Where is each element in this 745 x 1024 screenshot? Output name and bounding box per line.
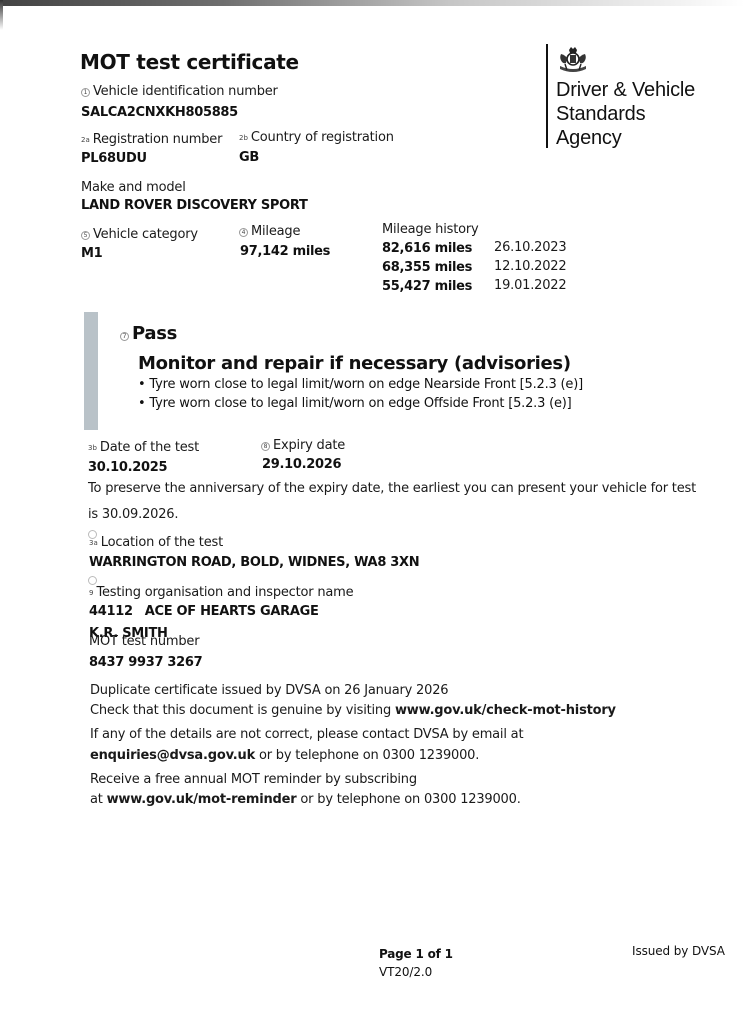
category-label: 5Vehicle category [81, 227, 198, 242]
vin-label-text: Vehicle identification number [93, 84, 278, 99]
scan-edge-corner [0, 0, 3, 30]
country-label-text: Country of registration [251, 130, 394, 145]
registration-label: 2aRegistration number [81, 132, 222, 147]
mot-reminder-link[interactable]: www.gov.uk/mot-reminder [107, 792, 297, 807]
mileage-history-date-1: 26.10.2023 [494, 240, 566, 255]
expiry-date-value: 29.10.2026 [262, 457, 341, 472]
tester-garage: 44112ACE OF HEARTS GARAGE [89, 604, 319, 619]
location-label-text: Location of the test [101, 535, 223, 550]
test-number-label: MOT test number [89, 634, 199, 649]
contact-email-link[interactable]: enquiries@dvsa.gov.uk [90, 748, 255, 763]
category-value: M1 [81, 246, 102, 261]
field-number-icon: 2b [239, 135, 248, 144]
test-date-label: 3bDate of the test [88, 440, 199, 455]
form-code: VT20/2.0 [379, 965, 432, 979]
mileage-label: 4Mileage [239, 224, 300, 239]
test-date-value: 30.10.2025 [88, 460, 167, 475]
registration-label-text: Registration number [93, 132, 222, 147]
logo-divider [546, 44, 548, 148]
duplicate-notice: Duplicate certificate issued by DVSA on … [90, 680, 448, 701]
test-date-label-text: Date of the test [100, 440, 199, 455]
royal-crest-icon [555, 44, 591, 76]
advisory-item-1: • Tyre worn close to legal limit/worn on… [138, 377, 583, 392]
advisory-item-2: • Tyre worn close to legal limit/worn on… [138, 396, 572, 411]
reminder-notice-line-2: at www.gov.uk/mot-reminder or by telepho… [90, 789, 521, 810]
field-number-icon: 5 [81, 231, 90, 240]
country-value: GB [239, 150, 259, 165]
mileage-history-miles-3: 55,427 miles [382, 279, 472, 294]
field-number-icon: 8 [261, 442, 270, 451]
scan-edge-shadow [0, 0, 745, 6]
reminder-phone-text: or by telephone on 0300 1239000. [297, 792, 521, 807]
expiry-date-label: 8Expiry date [261, 438, 345, 453]
vin-value: SALCA2CNXKH805885 [81, 105, 238, 120]
mileage-history-miles-1: 82,616 miles [382, 241, 472, 256]
result-status: 7Pass [120, 323, 177, 344]
advisories-heading: Monitor and repair if necessary (advisor… [138, 353, 571, 374]
certificate-title: MOT test certificate [80, 50, 299, 74]
reminder-notice-line-1: Receive a free annual MOT reminder by su… [90, 769, 417, 790]
contact-phone-text: or by telephone on 0300 1239000. [255, 748, 479, 763]
reminder-prefix: at [90, 792, 107, 807]
mileage-label-text: Mileage [251, 224, 300, 239]
location-value: WARRINGTON ROAD, BOLD, WIDNES, WA8 3XN [89, 555, 419, 570]
field-number-icon: 3b [88, 445, 97, 454]
field-number-icon: 1 [81, 88, 90, 97]
country-label: 2bCountry of registration [239, 130, 394, 145]
result-status-bar [84, 312, 98, 430]
dvsa-logo-text: Driver & Vehicle Standards Agency [556, 78, 695, 150]
test-number-value: 8437 9937 3267 [89, 655, 202, 670]
category-label-text: Vehicle category [93, 227, 198, 242]
tester-label-text: Testing organisation and inspector name [96, 585, 353, 600]
garage-name: ACE OF HEARTS GARAGE [145, 604, 319, 619]
check-genuine-text: Check that this document is genuine by v… [90, 703, 395, 718]
make-model-value: LAND ROVER DISCOVERY SPORT [81, 198, 308, 213]
field-number-icon: 9 [89, 590, 93, 599]
registration-value: PL68UDU [81, 151, 147, 166]
vin-label: 1Vehicle identification number [81, 84, 278, 99]
anniversary-note-line-2: is 30.09.2026. [88, 504, 178, 525]
check-genuine-notice: Check that this document is genuine by v… [90, 700, 616, 721]
logo-line-2: Standards [556, 102, 695, 126]
mileage-history-date-2: 12.10.2022 [494, 259, 566, 274]
site-number: 44112 [89, 604, 133, 619]
anniversary-note-line-1: To preserve the anniversary of the expir… [88, 478, 696, 499]
tester-label: 9Testing organisation and inspector name [89, 585, 353, 600]
location-label: 3aLocation of the test [89, 535, 223, 550]
logo-line-3: Agency [556, 126, 695, 150]
field-number-icon: 3a [89, 540, 98, 549]
check-mot-history-link[interactable]: www.gov.uk/check-mot-history [395, 703, 616, 718]
mileage-value: 97,142 miles [240, 244, 330, 259]
mileage-history-miles-2: 68,355 miles [382, 260, 472, 275]
contact-notice-line-2: enquiries@dvsa.gov.uk or by telephone on… [90, 745, 479, 766]
logo-line-1: Driver & Vehicle [556, 78, 695, 102]
result-status-text: Pass [132, 323, 177, 344]
issued-by: Issued by DVSA [632, 944, 725, 958]
mileage-history-label: Mileage history [382, 222, 479, 237]
page-indicator: Page 1 of 1 [379, 947, 453, 961]
field-number-icon: 7 [120, 332, 129, 341]
make-model-label: Make and model [81, 180, 186, 195]
punch-hole-mark [88, 576, 97, 585]
contact-notice-line-1: If any of the details are not correct, p… [90, 724, 523, 745]
expiry-date-label-text: Expiry date [273, 438, 345, 453]
field-number-icon: 2a [81, 137, 90, 146]
mileage-history-date-3: 19.01.2022 [494, 278, 566, 293]
field-number-icon: 4 [239, 228, 248, 237]
